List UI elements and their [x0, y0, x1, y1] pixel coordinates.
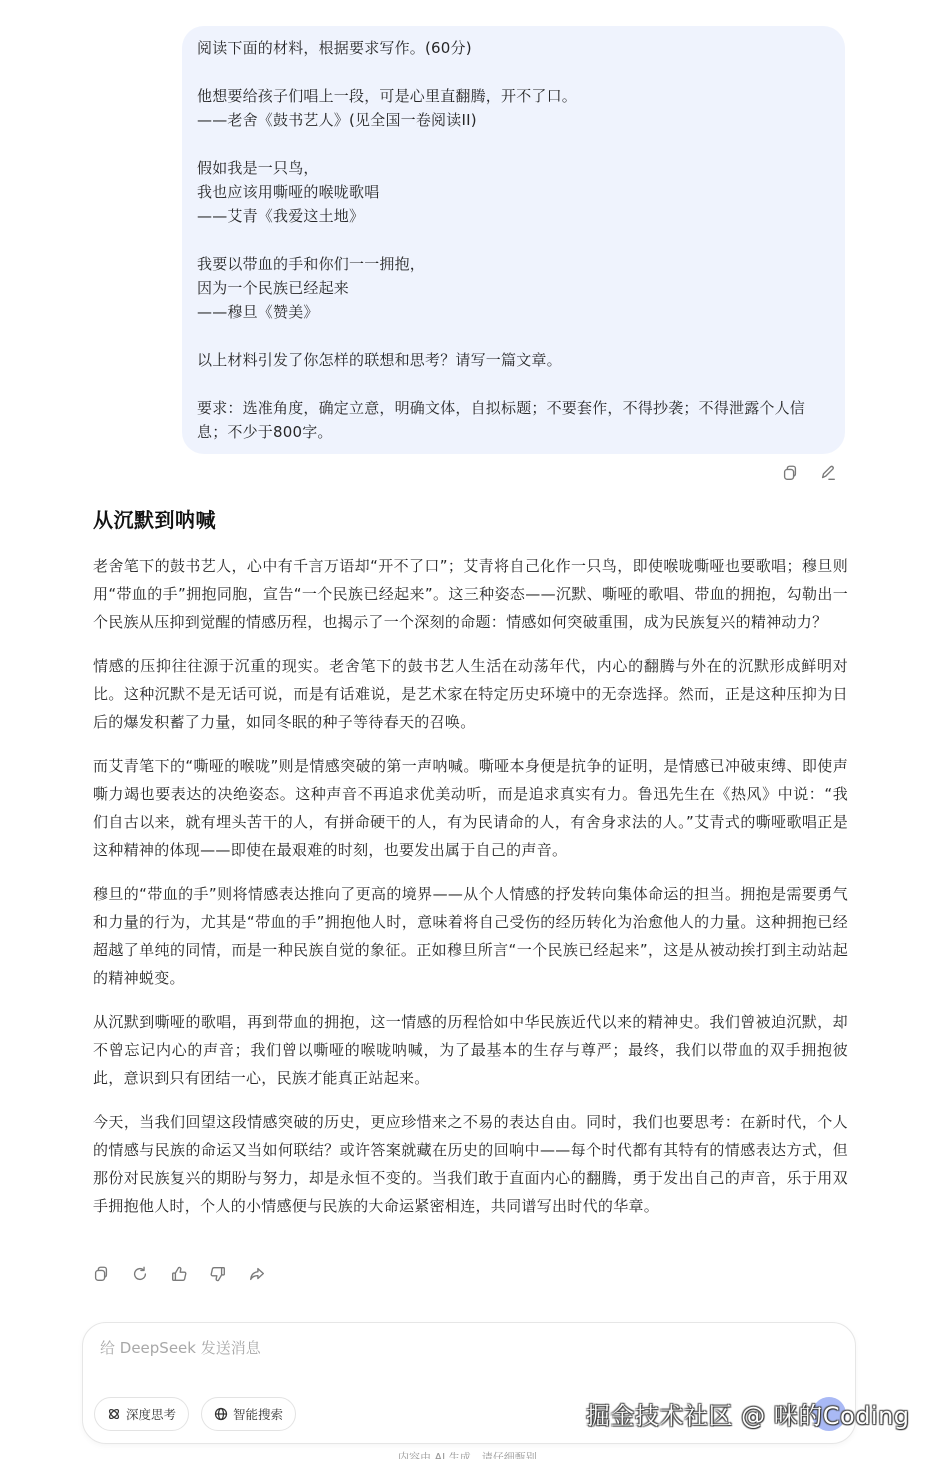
user-message-line: 我也应该用嘶哑的喉咙歌唱	[197, 180, 827, 204]
user-message-line	[197, 372, 827, 396]
web-search-label: 智能搜索	[233, 1405, 283, 1423]
user-message-line	[197, 132, 827, 156]
message-input[interactable]	[100, 1339, 800, 1357]
user-message-line: 要求：选准角度，确定立意，明确文体，自拟标题；不要套作，不得抄袭；不得泄露个人信…	[197, 396, 827, 444]
user-message-actions	[780, 463, 838, 483]
share-icon[interactable]	[247, 1264, 267, 1284]
user-message-line	[197, 228, 827, 252]
user-message-line	[197, 324, 827, 348]
ai-disclaimer: 内容由 AI 生成，请仔细甄别	[398, 1449, 537, 1459]
deep-think-toggle[interactable]: 深度思考	[94, 1397, 189, 1431]
web-search-toggle[interactable]: 智能搜索	[201, 1397, 296, 1431]
copy-icon[interactable]	[91, 1264, 111, 1284]
user-message-line: 我要以带血的手和你们一一拥抱，	[197, 252, 827, 276]
thumbs-up-icon[interactable]	[169, 1264, 189, 1284]
globe-icon	[214, 1407, 228, 1421]
answer-paragraph: 而艾青笔下的“嘶哑的喉咙”则是情感突破的第一声呐喊。嘶哑本身便是抗争的证明，是情…	[93, 752, 848, 864]
user-message-line: ——艾青《我爱这土地》	[197, 204, 827, 228]
answer-actions	[91, 1264, 267, 1284]
answer-paragraph: 今天，当我们回望这段情感突破的历史，更应珍惜来之不易的表达自由。同时，我们也要思…	[93, 1108, 848, 1220]
answer-paragraph: 情感的压抑往往源于沉重的现实。老舍笔下的鼓书艺人生活在动荡年代，内心的翻腾与外在…	[93, 652, 848, 736]
edit-icon[interactable]	[818, 463, 838, 483]
copy-icon[interactable]	[780, 463, 800, 483]
atom-icon	[107, 1407, 121, 1421]
user-message-bubble: 阅读下面的材料，根据要求写作。(60分) 他想要给孩子们唱上一段，可是心里直翻腾…	[182, 26, 845, 454]
watermark: 掘金技术社区 @ 咪的Coding	[586, 1396, 910, 1431]
answer-paragraph: 穆旦的“带血的手”则将情感表达推向了更高的境界——从个人情感的抒发转向集体命运的…	[93, 880, 848, 992]
deep-think-label: 深度思考	[126, 1405, 176, 1423]
chat-page: 阅读下面的材料，根据要求写作。(60分) 他想要给孩子们唱上一段，可是心里直翻腾…	[0, 0, 935, 1459]
assistant-answer: 从沉默到呐喊 老舍笔下的鼓书艺人，心中有千言万语却“开不了口”；艾青将自己化作一…	[93, 505, 848, 1236]
user-message-line: 假如我是一只鸟，	[197, 156, 827, 180]
user-message-line: ——老舍《鼓书艺人》(见全国一卷阅读II)	[197, 108, 827, 132]
user-message-line: 他想要给孩子们唱上一段，可是心里直翻腾，开不了口。	[197, 84, 827, 108]
answer-paragraph: 从沉默到嘶哑的歌唱，再到带血的拥抱，这一情感的历程恰如中华民族近代以来的精神史。…	[93, 1008, 848, 1092]
user-message-line	[197, 60, 827, 84]
thumbs-down-icon[interactable]	[208, 1264, 228, 1284]
user-message-line: ——穆旦《赞美》	[197, 300, 827, 324]
user-message-line: 阅读下面的材料，根据要求写作。(60分)	[197, 36, 827, 60]
user-message-line: 以上材料引发了你怎样的联想和思考？请写一篇文章。	[197, 348, 827, 372]
user-message-line: 因为一个民族已经起来	[197, 276, 827, 300]
regenerate-icon[interactable]	[130, 1264, 150, 1284]
answer-paragraph: 老舍笔下的鼓书艺人，心中有千言万语却“开不了口”；艾青将自己化作一只鸟，即使喉咙…	[93, 552, 848, 636]
answer-title: 从沉默到呐喊	[93, 505, 848, 535]
